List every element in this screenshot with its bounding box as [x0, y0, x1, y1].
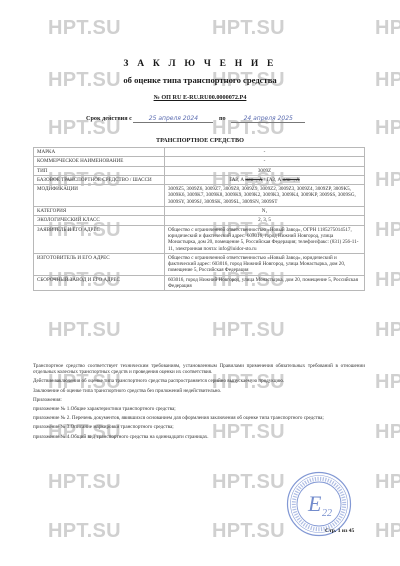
- handwritten-date-to: 24 апреля 2025: [231, 115, 305, 123]
- watermark-text: HPT.SU: [375, 220, 400, 240]
- struck-highlight: или -, А: [245, 177, 262, 183]
- watermark-text: HPT.SU: [375, 320, 400, 340]
- table-row: КАТЕГОРИЯ N₁: [34, 207, 365, 216]
- watermark-text: HPT.SU: [48, 521, 121, 541]
- struck-highlight: или -, А: [282, 177, 299, 183]
- row-value: 603016, город Нижний Новгород, улица Мон…: [165, 275, 365, 291]
- table-row: КОММЕРЧЕСКОЕ НАИМЕНОВАНИЕ -: [34, 157, 365, 166]
- validity-to-label: по: [219, 115, 226, 122]
- appendix-item: приложение № 3.Описание маркировки транс…: [33, 424, 365, 430]
- svg-text:22: 22: [322, 508, 332, 519]
- row-value: N₁: [165, 207, 365, 216]
- vehicle-info-table: МАРКА - КОММЕРЧЕСКОЕ НАИМЕНОВАНИЕ - ТИП …: [33, 147, 365, 291]
- row-value: 3009Z5, 3009Z6, 3009Z7, 3009Z8, 3009Z9, …: [165, 185, 365, 207]
- appendix-item: приложение № 2. Перечень документов, яви…: [33, 415, 365, 421]
- row-label: ТИП: [34, 166, 165, 175]
- watermark-text: HPT.SU: [375, 18, 400, 38]
- base-vehicle-part: ГАЗ, А: [229, 177, 245, 183]
- row-label: ИЗГОТОВИТЕЛЬ И ЕГО АДРЕС: [34, 253, 165, 275]
- table-row: МАРКА -: [34, 148, 365, 157]
- row-label: МОДИФИКАЦИИ: [34, 185, 165, 207]
- body-text: Транспортное средство соответствует техн…: [33, 363, 365, 443]
- paragraph: Транспортное средство соответствует техн…: [33, 363, 365, 375]
- paragraph: Действие заключения об оценке типа транс…: [33, 378, 365, 384]
- watermark-text: HPT.SU: [375, 422, 400, 442]
- page-number: Стр. 1 из 45: [325, 528, 354, 534]
- validity-from-label: Срок действия с: [86, 115, 132, 122]
- row-label: КОММЕРЧЕСКОЕ НАИМЕНОВАНИЕ: [34, 157, 165, 166]
- paragraph: Заключение об оценке типа транспортного …: [33, 388, 365, 394]
- watermark-text: HPT.SU: [375, 521, 400, 541]
- watermark-text: HPT.SU: [375, 170, 400, 190]
- row-label: КАТЕГОРИЯ: [34, 207, 165, 216]
- table-row: ИЗГОТОВИТЕЛЬ И ЕГО АДРЕС Общество с огра…: [34, 253, 365, 275]
- table-row: МОДИФИКАЦИИ 3009Z5, 3009Z6, 3009Z7, 3009…: [34, 185, 365, 207]
- watermark-text: HPT.SU: [48, 320, 121, 340]
- table-row: ТИП 3009Z: [34, 166, 365, 175]
- watermark-text: HPT.SU: [48, 18, 121, 38]
- watermark-text: HPT.SU: [48, 472, 121, 492]
- row-label: МАРКА: [34, 148, 165, 157]
- row-value: Общество с ограниченной ответственностью…: [165, 253, 365, 275]
- validity-period: Срок действия с 25 апреля 2024 по 24 апр…: [86, 115, 305, 123]
- handwritten-date-from: 25 апреля 2024: [133, 115, 213, 123]
- watermark-text: HPT.SU: [212, 472, 285, 492]
- watermark-text: HPT.SU: [375, 270, 400, 290]
- document-subtitle: об оценке типа транспортного средства: [0, 75, 400, 85]
- watermark-text: HPT.SU: [375, 372, 400, 392]
- row-value: ГАЗ, А или -, А / ГАЗ, А или -, А: [165, 175, 365, 184]
- row-label: СБОРОЧНЫЙ ЗАВОД И ЕГО АДРЕС: [34, 275, 165, 291]
- appendix-item: приложение № 1.Общие характеристики тран…: [33, 406, 365, 412]
- appendices-heading: Приложения:: [33, 397, 365, 403]
- watermark-text: HPT.SU: [212, 320, 285, 340]
- document-title: З А К Л Ю Ч Е Н И Е: [0, 59, 400, 69]
- watermark-text: HPT.SU: [375, 118, 400, 138]
- row-value: -: [165, 148, 365, 157]
- row-value: Общество с ограниченной ответственностью…: [165, 225, 365, 253]
- watermark-text: HPT.SU: [375, 472, 400, 492]
- document-number: № ОП RU E-RU.RU00.0000072.Р4: [0, 94, 400, 101]
- appendix-item: приложение № 4.Общий вид транспортного с…: [33, 434, 365, 440]
- document-page: HPT.SUHPT.SUHPT.SUHPT.SUHPT.SUHPT.SUHPT.…: [0, 0, 400, 566]
- watermark-text: HPT.SU: [212, 18, 285, 38]
- row-label: ЗАЯВИТЕЛЬ И ЕГО АДРЕС: [34, 225, 165, 253]
- table-row: ЭКОЛОГИЧЕСКИЙ КЛАСС 2, 3, 5: [34, 216, 365, 225]
- svg-text:E: E: [307, 491, 322, 516]
- row-label: БАЗОВОЕ ТРАНСПОРТНОЕ СРЕДСТВО / ШАССИ: [34, 175, 165, 184]
- section-title: ТРАНСПОРТНОЕ СРЕДСТВО: [0, 137, 400, 144]
- base-vehicle-part: / ГАЗ, А: [263, 177, 283, 183]
- table-row: БАЗОВОЕ ТРАНСПОРТНОЕ СРЕДСТВО / ШАССИ ГА…: [34, 175, 365, 184]
- row-value: 2, 3, 5: [165, 216, 365, 225]
- row-value: -: [165, 157, 365, 166]
- row-value: 3009Z: [165, 166, 365, 175]
- table-row: ЗАЯВИТЕЛЬ И ЕГО АДРЕС Общество с огранич…: [34, 225, 365, 253]
- table-row: СБОРОЧНЫЙ ЗАВОД И ЕГО АДРЕС 603016, горо…: [34, 275, 365, 291]
- row-label: ЭКОЛОГИЧЕСКИЙ КЛАСС: [34, 216, 165, 225]
- watermark-text: HPT.SU: [212, 521, 285, 541]
